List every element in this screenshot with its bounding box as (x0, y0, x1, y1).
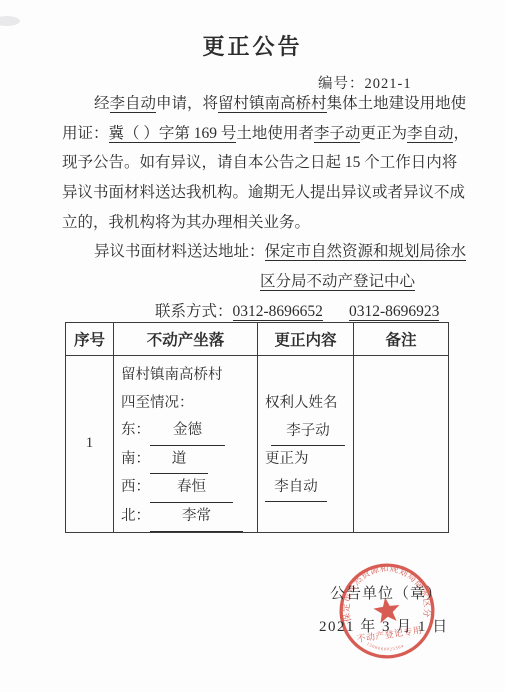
body-line-address: 异议书面材料送达地址：保定市自然资源和规划局徐水 (62, 237, 462, 267)
body-line-3: 现予公告。如有异议，请自本公告之日起 15 个工作日内将 (62, 148, 462, 178)
west-label: 西： (121, 479, 150, 495)
west-value: 春恒 (150, 474, 233, 503)
cell-remark (354, 356, 449, 533)
page-title: 更正公告 (0, 30, 505, 61)
announcement-date: 2021 年 3 月 1 日 (319, 615, 449, 636)
correction-table: 序号 不动产坐落 更正内容 备注 1 留村镇南高桥村 四至情况： 东：金德 南：… (65, 322, 449, 533)
underlined-old-name: 李子动 (314, 125, 361, 143)
boundary-west: 西：春恒 (121, 474, 255, 503)
scanned-document-page: 更正公告 编号：2021-1 经李自动申请，将留村镇南高桥村集体土地建设用地使 … (0, 0, 505, 692)
underlined-address-part1: 保定市自然资源和规划局徐水 (265, 243, 467, 261)
underlined-village-name: 留村镇南高桥村 (218, 95, 327, 113)
header-remark: 备注 (354, 323, 449, 356)
correction-new-name: 李自动 (265, 474, 351, 503)
official-red-seal: 保定市自然资源和规划局徐水区分局 不动产登记专用章 1306060025364 (332, 556, 442, 666)
notice-body: 经李自动申请，将留村镇南高桥村集体土地建设用地使 用证：冀（ ）字第 169 号… (62, 89, 462, 327)
text-segment: 土地使用者 (236, 125, 314, 142)
body-line-1: 经李自动申请，将留村镇南高桥村集体土地建设用地使 (62, 89, 462, 119)
old-name-value: 李子动 (271, 418, 345, 447)
body-line-4: 异议书面材料送达我机构。逾期无人提出异议或者异议不成 (62, 178, 462, 208)
new-name-value: 李自动 (265, 474, 327, 503)
announcing-unit-label: 公告单位（章） (330, 582, 442, 603)
east-value: 金德 (150, 417, 225, 446)
boundary-north: 北：李常 (121, 503, 255, 532)
phone-number-1: 0312-8696652 (233, 303, 323, 321)
south-label: 南： (121, 451, 150, 467)
text-segment: 申请，将 (156, 95, 218, 112)
east-label: 东： (121, 422, 150, 438)
header-location: 不动产坐落 (114, 323, 258, 356)
underlined-certificate-number: 冀（ ）字第 169 号 (109, 125, 237, 143)
text-segment: 集体土地建设用地使 (327, 95, 467, 112)
text-segment: ， (453, 125, 469, 142)
boundary-east: 东：金德 (121, 417, 255, 446)
south-value: 道 (150, 446, 208, 475)
correction-old-name: 李子动 (265, 418, 351, 447)
text-segment: 经 (94, 95, 110, 112)
correction-details: 权利人姓名 李子动 更正为 李自动 (258, 356, 353, 502)
contact-label: 联系方式： (155, 303, 233, 320)
body-line-2: 用证：冀（ ）字第 169 号土地使用者李子动更正为李自动， (62, 119, 462, 149)
header-correction: 更正内容 (258, 323, 354, 356)
text-segment: 更正为 (360, 125, 407, 142)
north-label: 北： (121, 508, 150, 524)
boundary-south: 南：道 (121, 446, 255, 475)
header-seq: 序号 (66, 323, 114, 356)
location-line-2: 四至情况： (121, 390, 255, 418)
north-value: 李常 (150, 503, 243, 532)
underlined-address-part2: 区分局不动产登记中心 (260, 273, 415, 291)
text-segment: 用证： (62, 125, 109, 142)
location-details: 留村镇南高桥村 四至情况： 东：金德 南：道 西：春恒 北：李常 (114, 356, 257, 532)
table-header-row: 序号 不动产坐落 更正内容 备注 (66, 323, 449, 356)
cell-correction: 权利人姓名 李子动 更正为 李自动 (258, 356, 354, 533)
body-line-5: 立的，我机构将为其办理相关业务。 (62, 208, 462, 238)
phone-number-2: 0312-8696923 (349, 303, 439, 321)
scan-artifact (0, 16, 20, 26)
underlined-new-name: 李自动 (407, 125, 454, 143)
correction-mid: 更正为 (265, 446, 351, 474)
address-label: 异议书面材料送达地址： (94, 243, 265, 260)
underlined-applicant-name: 李自动 (110, 95, 157, 113)
table-row: 1 留村镇南高桥村 四至情况： 东：金德 南：道 西：春恒 北：李常 权利人姓名… (66, 356, 449, 533)
cell-location: 留村镇南高桥村 四至情况： 东：金德 南：道 西：春恒 北：李常 (114, 356, 258, 533)
location-line-1: 留村镇南高桥村 (121, 362, 255, 390)
cell-seq: 1 (66, 356, 114, 533)
body-line-address-2: 区分局不动产登记中心 (62, 267, 462, 297)
correction-line-1: 权利人姓名 (265, 390, 351, 418)
